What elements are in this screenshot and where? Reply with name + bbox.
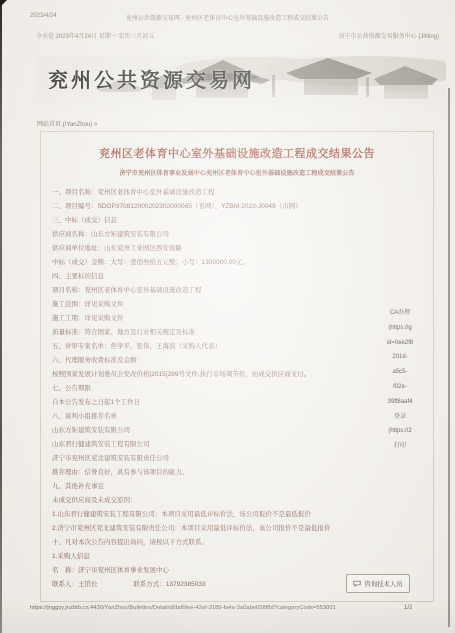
announcement-line: 中标（成交）金额：大写：壹佰叁拾万元整；小写：1300000.00元。 [52, 256, 422, 270]
announcement-line: 六、代理服务收费标准及金额： [52, 354, 422, 368]
site-banner: 兖州公共资源交易网 [36, 55, 446, 115]
sidebar-link-print[interactable]: 打印 [368, 439, 432, 454]
announcement-line: 山东君行健建筑安装工程有限公司 [52, 438, 422, 452]
announcement-line: 山东方矩建筑安装有限公司 [52, 424, 422, 438]
sidebar-links: CA办理 (https://g id=0ee2f8 201d- a5c5- f0… [368, 306, 432, 454]
print-preview-page: 2023/4/24 兖州公共资源交易网 - 兖州区老体育中心室外基础设施改造工程… [0, 0, 455, 633]
scan-edge-left [0, 0, 2, 633]
support-button-label: 咨询技术人员 [364, 579, 402, 588]
announcement-line: 济宁市兖州区兖北建筑安装有限责任公司 [52, 452, 422, 466]
announcement-line: 一、项目名称：兖州区老体育中心室外基础设施改造工程 [52, 186, 422, 200]
announcement-line: 质量标准：符合国家、地方及行业相关规定及标准 [52, 326, 422, 340]
announcement-line: 十、凡对本次公告内容提出询问，请按以下方式联系。 [52, 536, 422, 550]
sidebar-link-url-fragment: id=0ee2f8 [368, 336, 432, 351]
sidebar-link-url-fragment: 201d- [368, 350, 432, 365]
today-line: 今天是 2023年4月24日 星期一 农历三月初五 [36, 31, 154, 40]
announcement-line: 供应商名称：山东方矩建筑安装有限公司 [52, 228, 422, 242]
support-button[interactable]: 咨询技术人员 [346, 574, 410, 593]
announcement-line: 1.采购人信息 [52, 550, 422, 564]
announcement-line: 2.济宁市兖州区兖北建筑安装有限责任公司：本项目采用最低评标价法，该公司报价不是… [52, 522, 422, 536]
contact-phone: 联系方式：13792385033 [133, 578, 205, 592]
announcement-line: 施工范围：详见采购文件 [52, 298, 422, 312]
print-document-title: 兖州公共资源交易网 - 兖州区老体育中心室外基础设施改造工程成交结果公告 [0, 13, 455, 22]
announcement-line: 自本公告发布之日起1个工作日 [52, 396, 422, 410]
scan-corner-mark [0, 0, 7, 7]
sidebar-link-url-fragment: 39ff8aaf4 [368, 395, 432, 410]
breadcrumb[interactable]: 网站首页 (/YanZhou) > [37, 119, 97, 128]
sidebar-link-ca[interactable]: CA办理 [368, 306, 432, 321]
announcement-line: 八、谈判小组推荐名单 [52, 410, 422, 424]
announcement-line: 推荐理由：信誉良好，具有参与该项目的能力。 [52, 466, 422, 480]
contact-person: 联系人：王馆长 [52, 578, 98, 592]
announcement-title: 兖州区老体育中心室外基础设施改造工程成交结果公告 [49, 145, 425, 161]
announcement-line: 二、项目编号：SDGP370812000202302000065（省网）、YZB… [52, 200, 422, 214]
print-page-number: 1/2 [404, 605, 412, 611]
sidebar-link-login[interactable]: 登录 [368, 410, 432, 425]
announcement-subtitle: 济宁市兖州区体育事业发展中心兖州区老体育中心室外基础设施改造工程成交结果公告 [45, 168, 429, 177]
announcement-line: 施工工期：详见采购文件 [52, 312, 422, 326]
announcement-line: 按照国家发展计划委员会发改价格[2015]299号文件,执行市场调节价，由成交供… [52, 368, 422, 382]
scan-edge-right [448, 88, 450, 627]
announcement-line: 七、公告期限 [52, 382, 422, 396]
announcement-line: 未成交供应商及未成交原因： [52, 494, 422, 508]
announcement-line: 项目名称：兖州区老体育中心室外基础设施改造工程 [52, 284, 422, 298]
site-name: 兖州公共资源交易网 [48, 64, 255, 93]
sidebar-link-url-fragment: a5c5- [368, 365, 432, 380]
announcement-line: 供应商单位地址：山东兖州工业园区西安街路 [52, 242, 422, 256]
announcement-line: 三、中标（成交）信息 [52, 214, 422, 228]
announcement-line: 九、其他补充事宜 [52, 480, 422, 494]
service-center-name: 济宁市公共资源交易服务中心 (JiNing) [339, 31, 439, 40]
sidebar-link-url-fragment: (https://2 [368, 424, 432, 439]
print-footer-url: https://jnggzy.jnzbtb.cn:4430/YanZhou/Bu… [30, 605, 336, 611]
sidebar-link-url-fragment: f02e- [368, 380, 432, 395]
sidebar-link-url-fragment: (https://g [368, 321, 432, 336]
announcement-line: 五、评审专家名单：焦学平、张伟、王海波（采购人代表） [52, 340, 422, 354]
announcement-line: 四、主要标的信息 [52, 270, 422, 284]
chat-icon [353, 580, 361, 588]
announcement-line: 1.山东君行健建筑安装工程有限公司：本项目采用最低评标价法，该公司报价不是最低报… [52, 508, 422, 522]
